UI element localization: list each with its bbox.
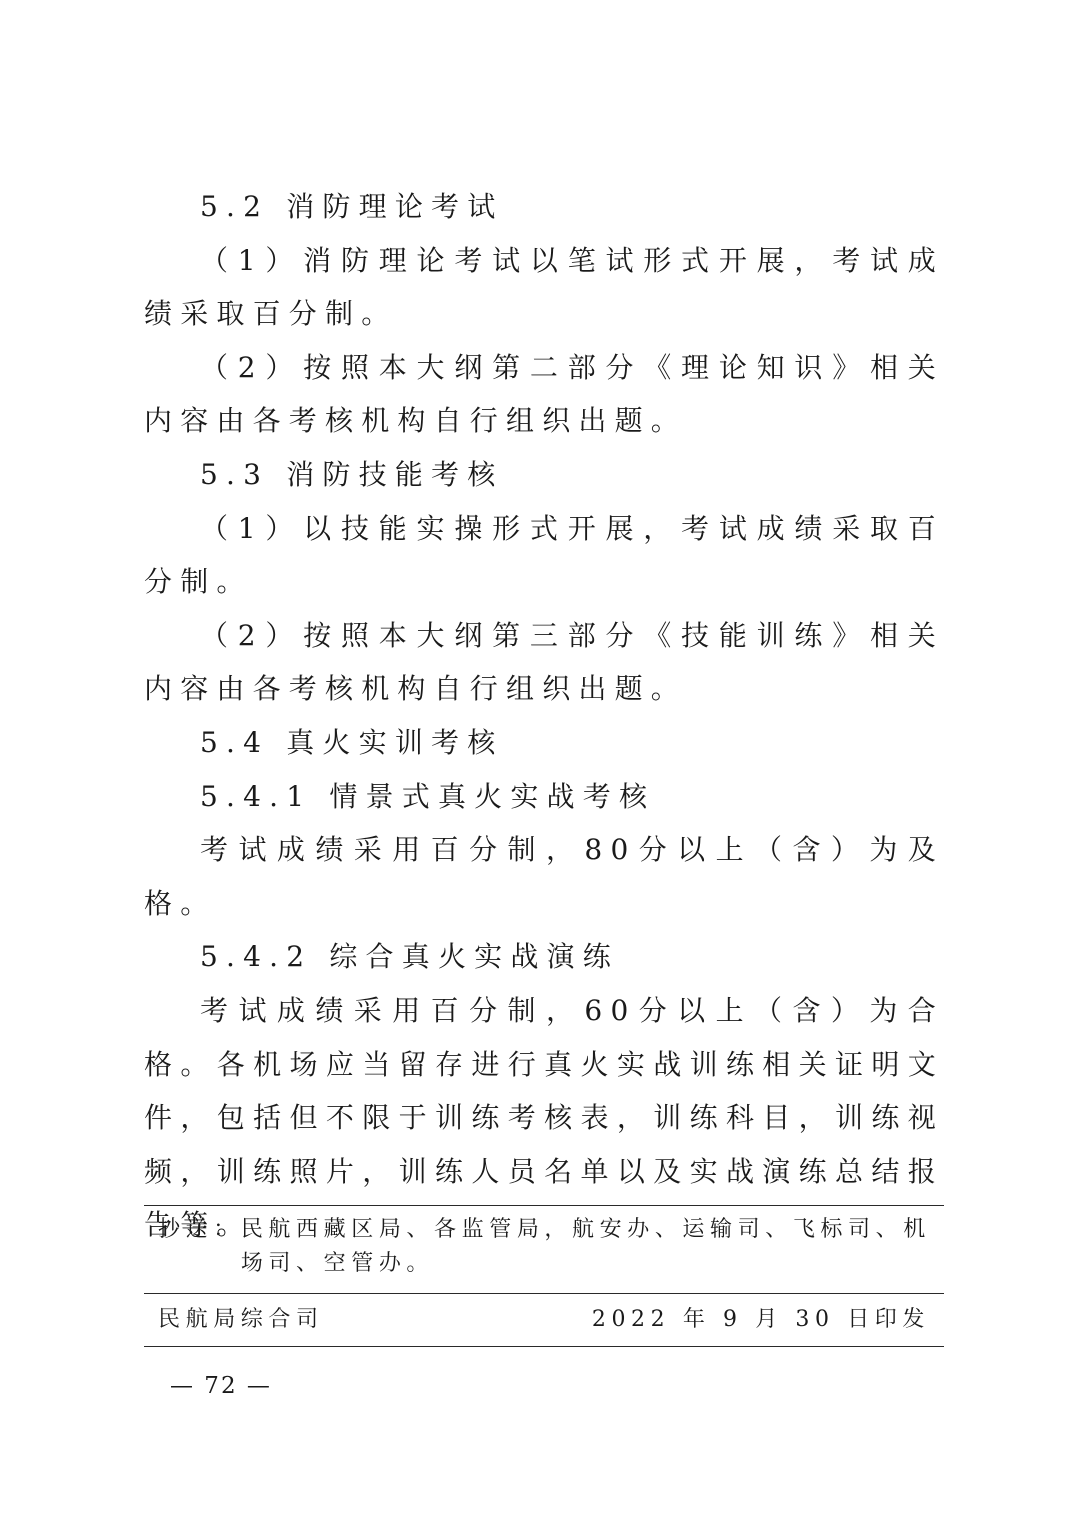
issuer-row: 民航局综合司 2022 年 9 月 30 日印发 [158,1303,930,1337]
cc-distribution: 抄送： 民航西藏区局、各监管局，航安办、运输司、飞标司、机场司、空管办。 [158,1213,944,1281]
footer-middle-rule [144,1293,944,1294]
footer-bottom-rule [144,1346,944,1347]
issue-date: 2022 年 9 月 30 日印发 [592,1303,930,1337]
document-page: 5.2 消防理论考试 （1）消防理论考试以笔试形式开展，考试成绩采取百分制。 （… [0,0,1080,1528]
section-heading-5-2: 5.2 消防理论考试 [144,180,944,234]
paragraph-5-2-2: （2）按照本大纲第二部分《理论知识》相关内容由各考核机构自行组织出题。 [144,341,944,448]
paragraph-5-3-2: （2）按照本大纲第三部分《技能训练》相关内容由各考核机构自行组织出题。 [144,609,944,716]
paragraph-5-4-2: 考试成绩采用百分制，60分以上（含）为合格。各机场应当留存进行真火实战训练相关证… [144,984,944,1252]
paragraph-5-2-1: （1）消防理论考试以笔试形式开展，考试成绩采取百分制。 [144,234,944,341]
issuer-name: 民航局综合司 [158,1303,324,1337]
paragraph-5-3-1: （1）以技能实操形式开展，考试成绩采取百分制。 [144,502,944,609]
section-heading-5-4: 5.4 真火实训考核 [144,716,944,770]
footer-top-rule [144,1205,944,1206]
document-body: 5.2 消防理论考试 （1）消防理论考试以笔试形式开展，考试成绩采取百分制。 （… [144,180,944,1252]
cc-label: 抄送： [158,1213,241,1281]
page-number: — 72 — [170,1370,272,1402]
cc-recipients: 民航西藏区局、各监管局，航安办、运输司、飞标司、机场司、空管办。 [241,1213,944,1281]
section-heading-5-4-2: 5.4.2 综合真火实战演练 [144,930,944,984]
paragraph-5-4-1: 考试成绩采用百分制，80分以上（含）为及格。 [144,823,944,930]
section-heading-5-3: 5.3 消防技能考核 [144,448,944,502]
section-heading-5-4-1: 5.4.1 情景式真火实战考核 [144,770,944,824]
